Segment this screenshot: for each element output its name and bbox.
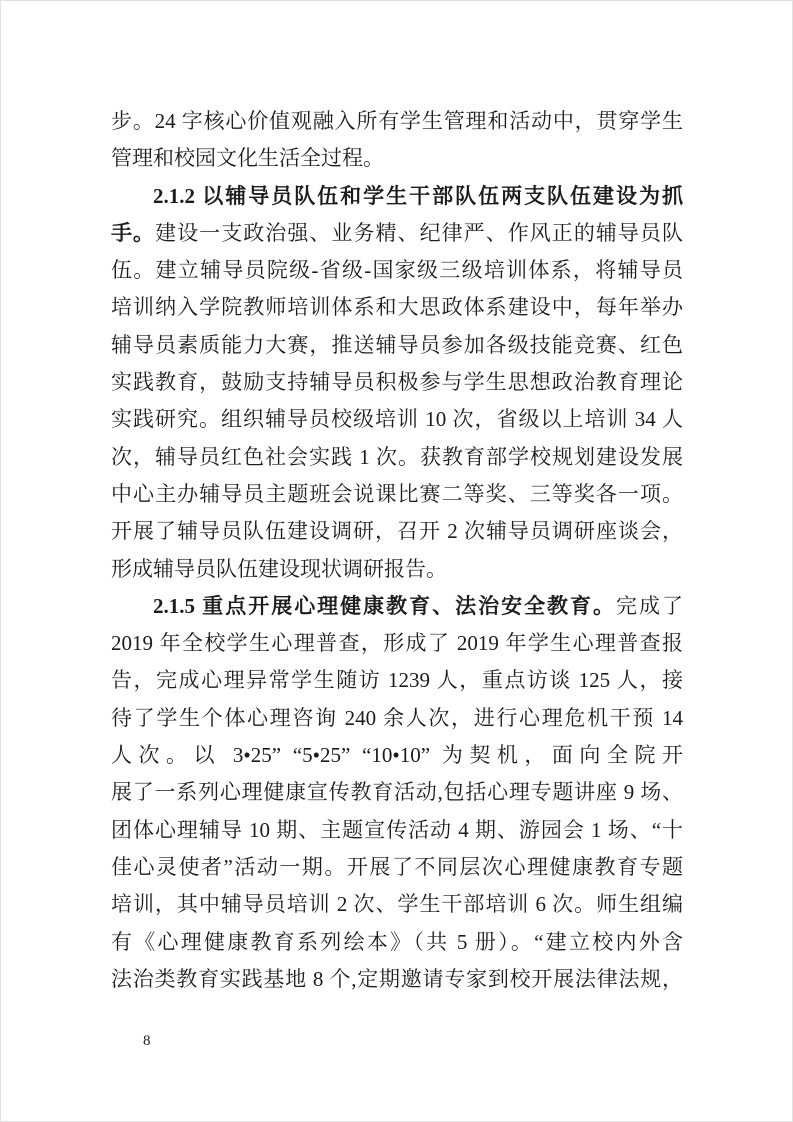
text-segment: 伍。建立辅导员院级-省级-国家级三级培训体系，将辅导员 (111, 258, 683, 282)
text-segment: 法治类教育实践基地 8 个,定期邀请专家到校开展法律法规， (111, 967, 683, 991)
text-segment: 辅导员素质能力大赛，推送辅导员参加各级技能竞赛、红色 (111, 333, 683, 357)
text-segment: 告，完成心理异常学生随访 1239 人，重点访谈 125 人，接 (111, 668, 683, 692)
text-line: 实践研究。组织辅导员校级培训 10 次，省级以上培训 34 人 (111, 401, 683, 438)
text-segment: 形成辅导员队伍建设现状调研报告。 (111, 557, 447, 581)
text-segment: 管理和校园文化生活全过程。 (111, 146, 384, 170)
text-segment: 佳心灵使者”活动一期。开展了不同层次心理健康教育专题 (111, 855, 683, 879)
text-segment: 人次。以 3•25” “5•25” “10•10” 为契机，面向全院开 (111, 743, 683, 767)
text-line: 待了学生个体心理咨询 240 余人次，进行心理危机干预 14 (111, 700, 683, 737)
text-segment: 团体心理辅导 10 期、主题宣传活动 4 期、游园会 1 场、“十 (111, 818, 683, 842)
text-segment: 有《心理健康教育系列绘本》（共 5 册）。“建立校内外含 (111, 930, 683, 954)
text-line: 伍。建立辅导员院级-省级-国家级三级培训体系，将辅导员 (111, 252, 683, 289)
text-line: 次，辅导员红色社会实践 1 次。获教育部学校规划建设发展 (111, 439, 683, 476)
page-number: 8 (143, 1031, 151, 1051)
bold-text-segment: 手。 (111, 221, 155, 245)
text-segment: 步。24 字核心价值观融入所有学生管理和活动中，贯穿学生 (111, 109, 683, 133)
text-line: 法治类教育实践基地 8 个,定期邀请专家到校开展法律法规， (111, 961, 683, 998)
bold-text-segment: 2.1.2 以辅导员队伍和学生干部队伍两支队伍建设为抓 (153, 184, 683, 208)
text-line: 手。建设一支政治强、业务精、纪律严、作风正的辅导员队 (111, 215, 683, 252)
text-line: 培训纳入学院教师培训体系和大思政体系建设中，每年举办 (111, 289, 683, 326)
text-line: 告，完成心理异常学生随访 1239 人，重点访谈 125 人，接 (111, 662, 683, 699)
text-segment: 次，辅导员红色社会实践 1 次。获教育部学校规划建设发展 (111, 445, 683, 469)
text-segment: 完成了 (616, 594, 683, 618)
text-line: 管理和校园文化生活全过程。 (111, 140, 683, 177)
text-line: 展了一系列心理健康宣传教育活动,包括心理专题讲座 9 场、 (111, 774, 683, 811)
text-line: 有《心理健康教育系列绘本》（共 5 册）。“建立校内外含 (111, 924, 683, 961)
text-line: 实践教育，鼓励支持辅导员积极参与学生思想政治教育理论 (111, 364, 683, 401)
text-segment: 实践研究。组织辅导员校级培训 10 次，省级以上培训 34 人 (111, 407, 683, 431)
bold-text-segment: 2.1.5 重点开展心理健康教育、法治安全教育。 (153, 594, 616, 618)
text-line: 形成辅导员队伍建设现状调研报告。 (111, 551, 683, 588)
text-line: 佳心灵使者”活动一期。开展了不同层次心理健康教育专题 (111, 849, 683, 886)
text-line: 培训，其中辅导员培训 2 次、学生干部培训 6 次。师生组编 (111, 886, 683, 923)
text-segment: 开展了辅导员队伍建设调研，召开 2 次辅导员调研座谈会， (111, 519, 683, 543)
text-line: 步。24 字核心价值观融入所有学生管理和活动中，贯穿学生 (111, 103, 683, 140)
text-segment: 培训，其中辅导员培训 2 次、学生干部培训 6 次。师生组编 (111, 892, 683, 916)
document-body: 步。24 字核心价值观融入所有学生管理和活动中，贯穿学生管理和校园文化生活全过程… (111, 103, 683, 998)
text-segment: 建设一支政治强、业务精、纪律严、作风正的辅导员队 (155, 221, 683, 245)
text-line: 2.1.2 以辅导员队伍和学生干部队伍两支队伍建设为抓 (111, 178, 683, 215)
text-line: 2.1.5 重点开展心理健康教育、法治安全教育。完成了 (111, 588, 683, 625)
document-page: 步。24 字核心价值观融入所有学生管理和活动中，贯穿学生管理和校园文化生活全过程… (0, 0, 793, 1122)
text-segment: 待了学生个体心理咨询 240 余人次，进行心理危机干预 14 (111, 706, 683, 730)
text-segment: 中心主办辅导员主题班会说课比赛二等奖、三等奖各一项。 (111, 482, 683, 506)
text-segment: 培训纳入学院教师培训体系和大思政体系建设中，每年举办 (111, 295, 683, 319)
text-line: 团体心理辅导 10 期、主题宣传活动 4 期、游园会 1 场、“十 (111, 812, 683, 849)
text-line: 辅导员素质能力大赛，推送辅导员参加各级技能竞赛、红色 (111, 327, 683, 364)
text-line: 中心主办辅导员主题班会说课比赛二等奖、三等奖各一项。 (111, 476, 683, 513)
text-line: 开展了辅导员队伍建设调研，召开 2 次辅导员调研座谈会， (111, 513, 683, 550)
text-line: 人次。以 3•25” “5•25” “10•10” 为契机，面向全院开 (111, 737, 683, 774)
text-line: 2019 年全校学生心理普查，形成了 2019 年学生心理普查报 (111, 625, 683, 662)
text-segment: 2019 年全校学生心理普查，形成了 2019 年学生心理普查报 (111, 631, 683, 655)
text-segment: 展了一系列心理健康宣传教育活动,包括心理专题讲座 9 场、 (111, 780, 683, 804)
text-segment: 实践教育，鼓励支持辅导员积极参与学生思想政治教育理论 (111, 370, 683, 394)
